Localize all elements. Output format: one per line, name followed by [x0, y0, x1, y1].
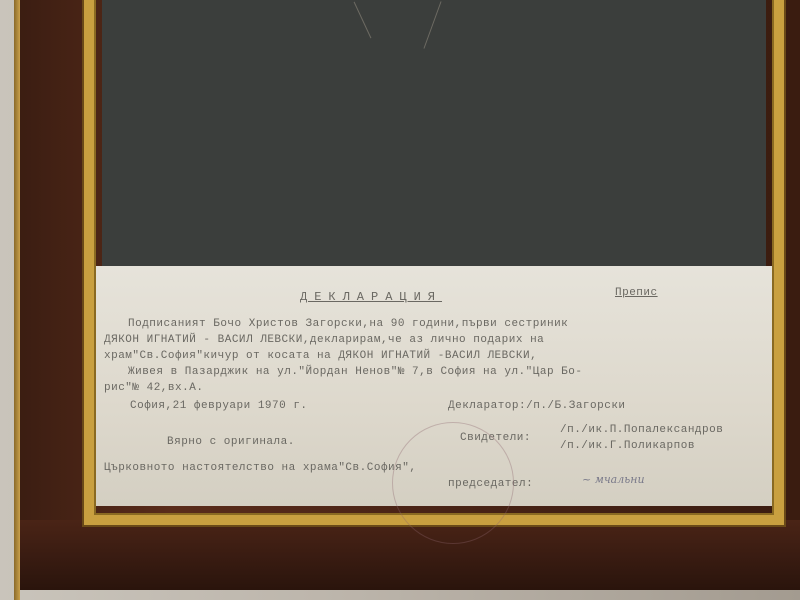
text-line-5: рис"№ 42,вх.А.	[104, 382, 203, 394]
text-line-3: храм"Св.София"кичур от косата на ДЯКОН И…	[104, 350, 537, 362]
text-line-4: Живея в Пазарджик на ул."Йордан Ненов"№ …	[128, 366, 582, 378]
wooden-frame-bottom	[14, 520, 800, 590]
gold-frame-edge	[14, 0, 20, 600]
church-stamp	[392, 422, 514, 544]
date-line: София,21 февруари 1970 г.	[130, 400, 308, 412]
true-copy-line: Вярно с оригинала.	[167, 436, 295, 448]
text-line-1: Подписаният Бочо Христов Загорски,на 90 …	[128, 318, 568, 330]
witness-2: /п./ик.Г.Поликарпов	[560, 440, 695, 452]
document-title: ДЕКЛАРАЦИЯ	[300, 290, 442, 304]
text-line-2: ДЯКОН ИГНАТИЙ - ВАСИЛ ЛЕВСКИ,декларирам,…	[104, 334, 544, 346]
declarant-line: Декларатор:/п./Б.Загорски	[448, 400, 626, 412]
copy-label: Препис	[615, 287, 658, 299]
signature: ~ мчальни	[582, 473, 645, 486]
council-line: Църковното настоятелство на храма"Св.Соф…	[104, 462, 416, 474]
witness-1: /п./ик.П.Попалександров	[560, 424, 723, 436]
